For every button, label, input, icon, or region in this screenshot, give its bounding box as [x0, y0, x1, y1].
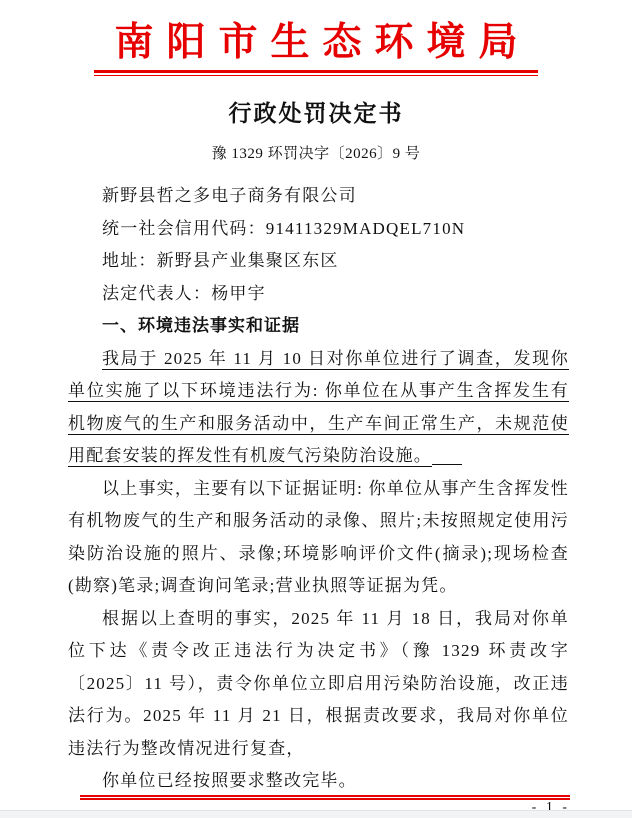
letterhead-rule — [94, 70, 538, 76]
footer-rule-thin — [80, 795, 570, 797]
footer-rule — [80, 795, 570, 800]
footer-rule-thick — [80, 798, 570, 800]
party-company: 新野县哲之多电子商务有限公司 — [68, 180, 569, 213]
letterhead-rule-thin — [94, 75, 538, 76]
agency-letterhead: 南阳市生态环境局 — [0, 20, 632, 66]
letterhead-rule-thick — [94, 70, 538, 73]
document-body: 新野县哲之多电子商务有限公司 统一社会信用代码：91411329MADQEL71… — [68, 180, 569, 798]
document-page: 南阳市生态环境局 行政处罚决定书 豫 1329 环罚决字〔2026〕9 号 新野… — [0, 0, 632, 818]
viewer-bottom-strip — [0, 810, 632, 818]
party-credit-code: 统一社会信用代码：91411329MADQEL710N — [68, 213, 569, 246]
party-address: 地址：新野县产业集聚区东区 — [68, 245, 569, 278]
paragraph-violation-facts: 我局于 2025 年 11 月 10 日对你单位进行了调查，发现你单位实施了以下… — [68, 343, 569, 473]
party-legal-rep: 法定代表人：杨甲宇 — [68, 278, 569, 311]
paragraph-evidence: 以上事实，主要有以下证据证明: 你单位从事产生含挥发性有机物废气的生产和服务活动… — [68, 473, 569, 603]
paragraph-correction-order: 根据以上查明的事实，2025 年 11 月 18 日，我局对你单位下达《责令改正… — [68, 603, 569, 766]
document-title: 行政处罚决定书 — [0, 95, 632, 128]
paragraph-rectification-result: 你单位已经按照要求整改完毕。 — [68, 765, 569, 798]
section-1-heading: 一、环境违法事实和证据 — [68, 310, 569, 343]
document-number: 豫 1329 环罚决字〔2026〕9 号 — [0, 142, 632, 163]
